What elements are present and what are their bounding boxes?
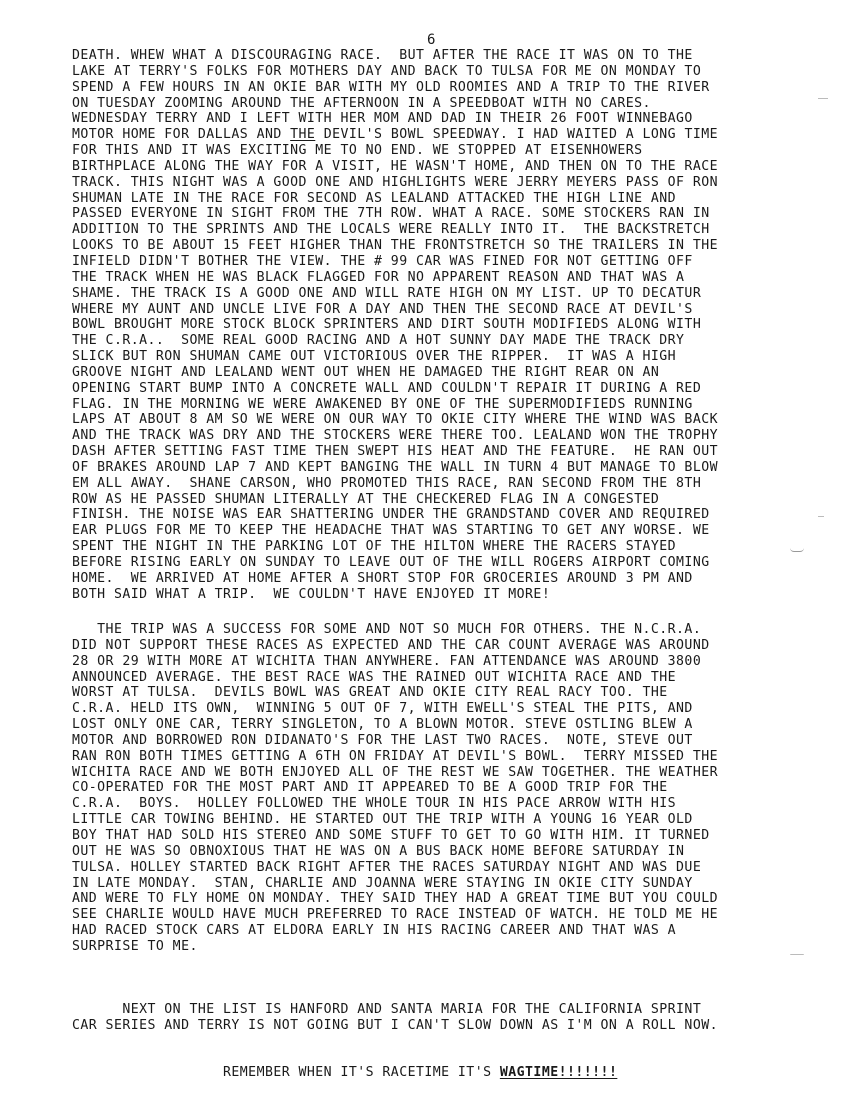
text-line: LAKE AT TERRY'S FOLKS FOR MOTHERS DAY AN… <box>72 64 718 80</box>
text-line: EM ALL AWAY. SHANE CARSON, WHO PROMOTED … <box>72 476 718 492</box>
text-line: FLAG. IN THE MORNING WE WERE AWAKENED BY… <box>72 397 718 413</box>
text-line: OPENING START BUMP INTO A CONCRETE WALL … <box>72 381 718 397</box>
text-line: IN LATE MONDAY. STAN, CHARLIE AND JOANNA… <box>72 876 718 892</box>
text-line: TULSA. HOLLEY STARTED BACK RIGHT AFTER T… <box>72 860 718 876</box>
text-line: SURPRISE TO ME. <box>72 939 718 955</box>
text-line: OF BRAKES AROUND LAP 7 AND KEPT BANGING … <box>72 460 718 476</box>
text-line: GROOVE NIGHT AND LEALAND WENT OUT WHEN H… <box>72 365 718 381</box>
closing-line: REMEMBER WHEN IT'S RACETIME IT'S WAGTIME… <box>72 1065 718 1081</box>
text-line: THE C.R.A.. SOME REAL GOOD RACING AND A … <box>72 333 718 349</box>
scan-mark <box>790 548 804 552</box>
text-line: ROW AS HE PASSED SHUMAN LITERALLY AT THE… <box>72 492 718 508</box>
text-line: MOTOR HOME FOR DALLAS AND THE DEVIL'S BO… <box>72 127 718 143</box>
text-line: EAR PLUGS FOR ME TO KEEP THE HEADACHE TH… <box>72 523 718 539</box>
text-line: C.R.A. BOYS. HOLLEY FOLLOWED THE WHOLE T… <box>72 796 718 812</box>
text-line: BEFORE RISING EARLY ON SUNDAY TO LEAVE O… <box>72 555 718 571</box>
text-line: BOY THAT HAD SOLD HIS STEREO AND SOME ST… <box>72 828 718 844</box>
paragraph-2: THE TRIP WAS A SUCCESS FOR SOME AND NOT … <box>72 622 718 955</box>
text-line: C.R.A. HELD ITS OWN, WINNING 5 OUT OF 7,… <box>72 701 718 717</box>
text-line: DASH AFTER SETTING FAST TIME THEN SWEPT … <box>72 444 718 460</box>
underlined-word: THE <box>290 127 315 142</box>
text-line: HAD RACED STOCK CARS AT ELDORA EARLY IN … <box>72 923 718 939</box>
text-line: LOST ONLY ONE CAR, TERRY SINGLETON, TO A… <box>72 717 718 733</box>
text-line: SPENT THE NIGHT IN THE PARKING LOT OF TH… <box>72 539 718 555</box>
text-line: WORST AT TULSA. DEVILS BOWL WAS GREAT AN… <box>72 685 718 701</box>
text-line: ADDITION TO THE SPRINTS AND THE LOCALS W… <box>72 222 718 238</box>
wagtime-emphasis: WAGTIME!!!!!!! <box>500 1065 617 1080</box>
text-line: SPEND A FEW HOURS IN AN OKIE BAR WITH MY… <box>72 80 718 96</box>
page-number: 6 <box>427 32 435 48</box>
text-line: BOWL BROUGHT MORE STOCK BLOCK SPRINTERS … <box>72 317 718 333</box>
paragraph-3-lines: NEXT ON THE LIST IS HANFORD AND SANTA MA… <box>72 1002 718 1034</box>
text-line: DEATH. WHEW WHAT A DISCOURAGING RACE. BU… <box>72 48 718 64</box>
text-line: THE TRIP WAS A SUCCESS FOR SOME AND NOT … <box>72 622 718 638</box>
text-line: AND WERE TO FLY HOME ON MONDAY. THEY SAI… <box>72 891 718 907</box>
text-line: TRACK. THIS NIGHT WAS A GOOD ONE AND HIG… <box>72 175 718 191</box>
text-line: SLICK BUT RON SHUMAN CAME OUT VICTORIOUS… <box>72 349 718 365</box>
text-line: LITTLE CAR TOWING BEHIND. HE STARTED OUT… <box>72 812 718 828</box>
text-line: ANNOUNCED AVERAGE. THE BEST RACE WAS THE… <box>72 670 718 686</box>
text-line: FOR THIS AND IT WAS EXCITING ME TO NO EN… <box>72 143 718 159</box>
text-line: 28 OR 29 WITH MORE AT WICHITA THAN ANYWH… <box>72 654 718 670</box>
text-line: HOME. WE ARRIVED AT HOME AFTER A SHORT S… <box>72 571 718 587</box>
text-line: NEXT ON THE LIST IS HANFORD AND SANTA MA… <box>72 1002 718 1018</box>
text-line: LOOKS TO BE ABOUT 15 FEET HIGHER THAN TH… <box>72 238 718 254</box>
text-line: WHERE MY AUNT AND UNCLE LIVE FOR A DAY A… <box>72 302 718 318</box>
text-line: SEE CHARLIE WOULD HAVE MUCH PREFERRED TO… <box>72 907 718 923</box>
text-line: THE TRACK WHEN HE WAS BLACK FLAGGED FOR … <box>72 270 718 286</box>
text-line: WEDNESDAY TERRY AND I LEFT WITH HER MOM … <box>72 111 718 127</box>
paragraph-3: NEXT ON THE LIST IS HANFORD AND SANTA MA… <box>72 970 718 1097</box>
text-line: MOTOR AND BORROWED RON DIDANATO'S FOR TH… <box>72 733 718 749</box>
scan-mark <box>818 98 828 99</box>
text-line: AND THE TRACK WAS DRY AND THE STOCKERS W… <box>72 428 718 444</box>
paragraph-1: DEATH. WHEW WHAT A DISCOURAGING RACE. BU… <box>72 48 718 603</box>
scan-mark <box>790 954 804 955</box>
text-line: DID NOT SUPPORT THESE RACES AS EXPECTED … <box>72 638 718 654</box>
text-line: OUT HE WAS SO OBNOXIOUS THAT HE WAS ON A… <box>72 844 718 860</box>
text-line: RAN RON BOTH TIMES GETTING A 6TH ON FRID… <box>72 749 718 765</box>
scan-mark <box>818 516 824 517</box>
text-segment: MOTOR HOME FOR DALLAS AND <box>72 127 290 142</box>
text-line: PASSED EVERYONE IN SIGHT FROM THE 7TH RO… <box>72 206 718 222</box>
text-line: WICHITA RACE AND WE BOTH ENJOYED ALL OF … <box>72 765 718 781</box>
text-line: ON TUESDAY ZOOMING AROUND THE AFTERNOON … <box>72 96 718 112</box>
text-line: FINISH. THE NOISE WAS EAR SHATTERING UND… <box>72 507 718 523</box>
text-line: INFIELD DIDN'T BOTHER THE VIEW. THE # 99… <box>72 254 718 270</box>
text-line: SHUMAN LATE IN THE RACE FOR SECOND AS LE… <box>72 191 718 207</box>
text-line: CO-OPERATED FOR THE MOST PART AND IT APP… <box>72 780 718 796</box>
closing-text: REMEMBER WHEN IT'S RACETIME IT'S <box>72 1065 500 1080</box>
text-line: SHAME. THE TRACK IS A GOOD ONE AND WILL … <box>72 286 718 302</box>
text-line: BOTH SAID WHAT A TRIP. WE COULDN'T HAVE … <box>72 587 718 603</box>
text-line: BIRTHPLACE ALONG THE WAY FOR A VISIT, HE… <box>72 159 718 175</box>
text-line: CAR SERIES AND TERRY IS NOT GOING BUT I … <box>72 1018 718 1034</box>
text-line: LAPS AT ABOUT 8 AM SO WE WERE ON OUR WAY… <box>72 412 718 428</box>
text-segment: DEVIL'S BOWL SPEEDWAY. I HAD WAITED A LO… <box>315 127 718 142</box>
